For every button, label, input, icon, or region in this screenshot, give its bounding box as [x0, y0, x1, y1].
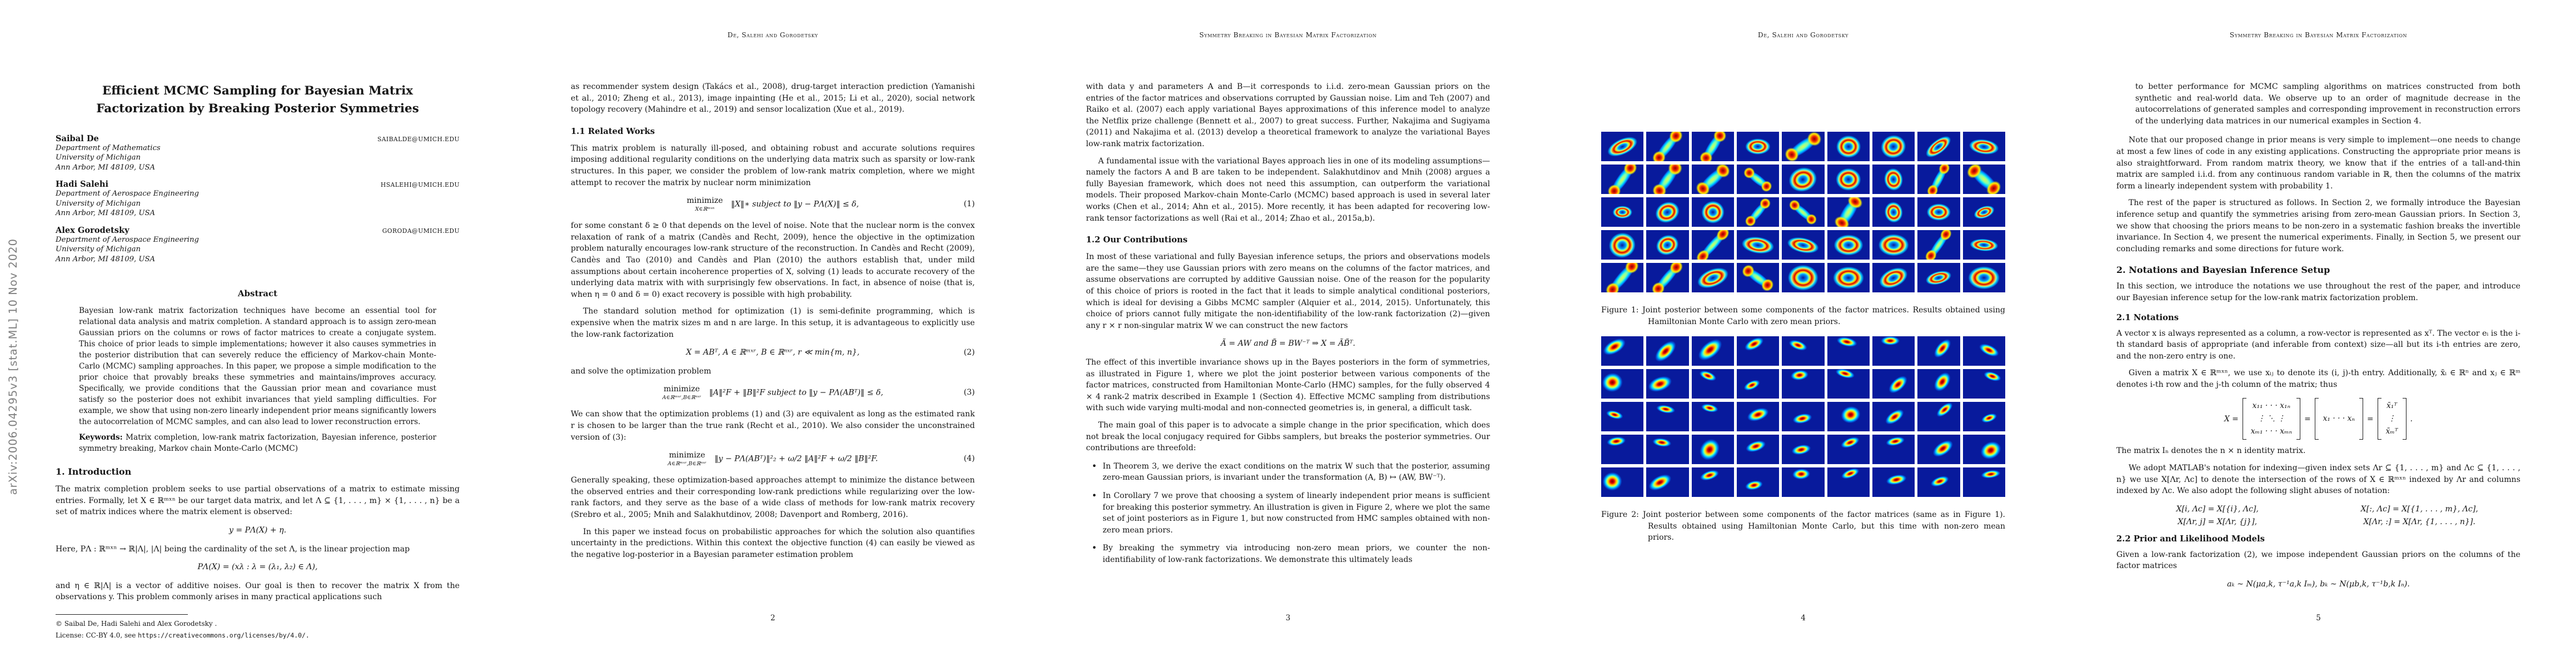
posterior-density-ring	[1922, 132, 1955, 161]
posterior-density-blob	[1601, 471, 1623, 492]
footnote-rule	[56, 614, 188, 615]
posterior-density-ring	[1785, 165, 1821, 194]
posterior-density-blob	[1744, 439, 1766, 454]
matrix-entries: x̄₁ᵀ ⋮ x̄ₘᵀ	[2381, 398, 2403, 440]
posterior-density-blob	[1981, 469, 2001, 479]
posterior-density-bar	[1834, 197, 1862, 227]
posterior-density-blob	[1931, 337, 1954, 361]
abstract-text: Bayesian low-rank matrix factorization t…	[79, 305, 436, 427]
heatmap-panel	[1692, 197, 1734, 227]
heatmap-panel	[1692, 369, 1734, 399]
heatmap-panel	[1737, 197, 1779, 227]
heatmap-panel	[1917, 263, 1960, 292]
keywords-text: Matrix completion, low-rank matrix facto…	[79, 433, 436, 453]
equation-body: ‖X‖∗ subject to ‖y − PΛ(X)‖ ≤ δ,	[731, 200, 859, 209]
author-affiliation: University of Michigan	[56, 153, 460, 163]
minimize-operator: minimizeX∈ℝᵐˣⁿ	[687, 196, 723, 213]
heatmap-panel	[1737, 165, 1779, 194]
posterior-density-blob	[1696, 435, 1723, 464]
paragraph: Note that our proposed change in prior m…	[2116, 135, 2520, 192]
right-bracket	[2296, 398, 2300, 440]
bullet-text: In Corollary 7 we prove that choosing a …	[1103, 490, 1490, 536]
operator-subscript: A∈ℝᵐˣʳ,B∈ℝⁿˣʳ	[667, 460, 706, 467]
posterior-density-ring	[1967, 266, 2001, 290]
bullet-item: • In Theorem 3, we derive the exact cond…	[1086, 461, 1490, 484]
heatmap-panel	[1646, 165, 1688, 194]
paragraph: The matrix Iₙ denotes the n × n identity…	[2116, 445, 2520, 457]
heatmap-panel	[1601, 435, 1643, 464]
posterior-density-ring	[1612, 205, 1633, 218]
paragraph: In this paper we instead focus on probab…	[571, 526, 975, 561]
figure-1-grid	[1601, 132, 2005, 292]
matrix-entries: x₁₁ · · · x₁ₙ ⋮ ⋱ ⋮ xₘ₁ · · · xₘₙ	[2246, 398, 2296, 440]
figure-2-caption: Figure 2: Joint posterior between some c…	[1601, 509, 2005, 544]
page-5: Symmetry Breaking in Bayesian Matrix Fac…	[2061, 0, 2576, 667]
equation: Ã = AW and B̃ = BW⁻ᵀ ⇒ X = ÃB̃ᵀ.	[1086, 339, 1490, 350]
posterior-density-blob	[1792, 468, 1811, 480]
heatmap-panel	[1646, 467, 1688, 497]
posterior-density-ring	[1745, 138, 1771, 155]
operator-subscript: A∈ℝᵐˣʳ,B∈ℝⁿˣʳ	[662, 394, 701, 401]
matrix-row: x₁ · · · xₙ	[2323, 412, 2355, 425]
equation-tag: (3)	[964, 387, 975, 399]
running-head: De, Salehi and Gorodetsky	[515, 31, 1030, 39]
author-affiliation: University of Michigan	[56, 199, 460, 209]
equation-1: minimizeX∈ℝᵐˣⁿ ‖X‖∗ subject to ‖y − PΛ(X…	[571, 196, 975, 213]
heatmap-panel	[1917, 132, 1960, 161]
heatmap-panel	[1827, 132, 1870, 161]
matrix-row: x̄₁ᵀ	[2386, 400, 2398, 412]
posterior-density-ring	[1740, 234, 1776, 256]
heatmap-panel	[1692, 336, 1734, 366]
matrix-equation: X = x₁₁ · · · x₁ₙ ⋮ ⋱ ⋮ xₘ₁ · · · xₘₙ = …	[2116, 398, 2520, 440]
posterior-density-blob	[1743, 378, 1762, 392]
paragraph: and η ∈ ℝ|Λ| is a vector of additive noi…	[56, 580, 460, 603]
heatmap-panel	[1782, 336, 1824, 366]
posterior-density-bar	[1606, 263, 1640, 292]
paragraph: Generally speaking, these optimization-b…	[571, 475, 975, 520]
running-head: Symmetry Breaking in Bayesian Matrix Fac…	[2061, 31, 2576, 39]
heatmap-panel	[1601, 132, 1643, 161]
posterior-density-blob	[1930, 474, 1950, 489]
equation-3: minimizeA∈ℝᵐˣʳ,B∈ℝⁿˣʳ ‖A‖²F + ‖B‖²F subj…	[571, 384, 975, 401]
equation-body: ‖y − PΛ(ABᵀ)‖²₂ + ω/2 ‖A‖²F + ω/2 ‖B‖²F.	[715, 455, 878, 464]
arxiv-watermark: arXiv:2006.04295v3 [stat.ML] 10 Nov 2020	[3, 133, 22, 600]
posterior-density-ring	[1836, 135, 1861, 158]
posterior-density-blob	[1883, 406, 1906, 427]
heatmap-panel	[1601, 402, 1643, 431]
heatmap-panel	[1963, 369, 2005, 399]
paragraph: We can show that the optimization proble…	[571, 409, 975, 443]
footer: © Saibal De, Hadi Salehi and Alex Gorode…	[56, 614, 460, 639]
paragraph: Given a low-rank factorization (2), we i…	[2116, 549, 2520, 572]
posterior-density-bar	[1699, 132, 1726, 161]
posterior-density-blob	[1885, 435, 1905, 447]
equation-body: X = ABᵀ, A ∈ ℝᵐˣʳ, B ∈ ℝⁿˣʳ, r ≪ min{m, …	[686, 348, 859, 357]
bullet-marker: •	[1086, 490, 1103, 536]
matrix-entries: x₁ · · · xₙ	[2319, 411, 2359, 427]
heatmap-panel	[1963, 336, 2005, 366]
posterior-density-blob	[1656, 404, 1676, 414]
author-email: SAIBALDE@UMICH.EDU	[377, 136, 460, 143]
matrix-row: x̄ₘᵀ	[2386, 425, 2398, 438]
figure-1-caption: Figure 1: Joint posterior between some c…	[1601, 305, 2005, 327]
equation-4: minimizeA∈ℝᵐˣʳ,B∈ℝⁿˣʳ ‖y − PΛ(ABᵀ)‖²₂ + …	[571, 450, 975, 467]
heatmap-panel	[1601, 467, 1643, 497]
arxiv-watermark-text: arXiv:2006.04295v3 [stat.ML] 10 Nov 2020	[7, 238, 19, 495]
posterior-density-blob	[1744, 479, 1763, 491]
posterior-density-blob	[1977, 341, 2001, 359]
posterior-density-ring	[1787, 264, 1818, 291]
heatmap-panel	[1646, 197, 1688, 227]
posterior-density-blob	[1601, 371, 1624, 394]
bullet-text: In Theorem 3, we derive the exact condit…	[1103, 461, 1490, 484]
posterior-density-ring	[1606, 230, 1640, 260]
posterior-density-bar	[1927, 165, 1951, 194]
heatmap-panel	[1963, 435, 2005, 464]
heatmap-panel	[1782, 230, 1824, 260]
paper-title: Efficient MCMC Sampling for Bayesian Mat…	[74, 82, 441, 118]
heatmap-panel	[1646, 132, 1688, 161]
posterior-density-blob	[1935, 402, 1955, 419]
keywords-label: Keywords:	[79, 433, 123, 442]
equals-sign: =	[2304, 415, 2311, 424]
matrix-lhs: X =	[2224, 415, 2239, 424]
posterior-density-bar	[1745, 198, 1771, 227]
posterior-density-ring	[1882, 166, 1905, 192]
heatmap-panel	[1827, 197, 1870, 227]
posterior-density-ring	[1835, 167, 1861, 191]
heatmap-panel	[1646, 263, 1688, 292]
bullet-marker: •	[1086, 461, 1103, 484]
author-affiliation: Ann Arbor, MI 48109, USA	[56, 255, 460, 265]
prior-equation: aₖ ∼ N(μa,k, τ⁻¹a,k Iₘ), bₖ ∼ N(μb,k, τ⁻…	[2116, 579, 2520, 590]
author-affiliation: Department of Aerospace Engineering	[56, 189, 460, 199]
posterior-density-blob	[1881, 337, 1900, 346]
page-2: De, Salehi and Gorodetsky as recommender…	[515, 0, 1030, 667]
period: .	[2410, 415, 2413, 424]
right-bracket	[2403, 398, 2406, 440]
page-number: 4	[1546, 614, 2061, 623]
heatmap-panel	[1827, 336, 1870, 366]
posterior-density-bar	[1742, 264, 1774, 291]
posterior-density-blob	[1885, 473, 1907, 486]
posterior-density-bar	[1607, 165, 1638, 194]
left-bracket	[2315, 398, 2319, 440]
heatmap-panel	[1737, 230, 1779, 260]
heatmap-panel	[1692, 263, 1734, 292]
page-number: 5	[2061, 614, 2576, 623]
heatmap-panel	[1646, 369, 1688, 399]
left-bracket	[2378, 398, 2381, 440]
heatmap-panel	[1827, 467, 1870, 497]
equation-2: X = ABᵀ, A ∈ ℝᵐˣʳ, B ∈ ℝⁿˣʳ, r ≪ min{m, …	[571, 347, 975, 359]
paragraph: The standard solution method for optimiz…	[571, 306, 975, 340]
posterior-density-ring	[1604, 132, 1641, 161]
posterior-density-ring	[1971, 202, 1996, 221]
posterior-density-blob	[1601, 336, 1628, 359]
posterior-density-ring	[1652, 231, 1682, 260]
posterior-density-blob	[1652, 437, 1671, 447]
posterior-density-ring	[1878, 132, 1910, 161]
section-heading-related-works: 1.1 Related Works	[571, 127, 975, 136]
heatmap-panel	[1827, 369, 1870, 399]
page-content: with data y and parameters A and B—it co…	[1086, 81, 1490, 566]
heatmap-panel	[1872, 230, 1915, 260]
heatmap-panel	[1872, 263, 1915, 292]
page-3: Symmetry Breaking in Bayesian Matrix Fac…	[1030, 0, 1546, 667]
notation-equation: X[Λr, j] = X[Λr, {j}],	[2116, 517, 2319, 526]
heatmap-panel	[1737, 402, 1779, 431]
paragraph: for some constant δ ≥ 0 that depends on …	[571, 220, 975, 300]
heatmap-panel	[1782, 197, 1824, 227]
heatmap-panel	[1872, 132, 1915, 161]
heatmap-panel	[1646, 435, 1688, 464]
posterior-density-blob	[1840, 435, 1861, 450]
page-4: De, Salehi and Gorodetsky Figure 1: Join…	[1546, 0, 2061, 667]
posterior-density-bar	[1966, 165, 2001, 194]
posterior-density-blob	[1836, 336, 1857, 348]
heatmap-panel	[1692, 467, 1734, 497]
section-heading-introduction: 1. Introduction	[56, 466, 460, 477]
heatmap-panel	[1872, 197, 1915, 227]
heatmap-panel	[1917, 230, 1960, 260]
author-affiliation: Ann Arbor, MI 48109, USA	[56, 208, 460, 218]
heatmap-panel	[1782, 165, 1824, 194]
heatmap-panel	[1601, 263, 1643, 292]
posterior-density-blob	[1646, 373, 1674, 395]
posterior-density-blob	[1790, 369, 1809, 381]
posterior-density-blob	[1840, 467, 1861, 481]
license-label: License: CC-BY 4.0, see	[56, 631, 138, 639]
minimize-operator: minimizeA∈ℝᵐˣʳ,B∈ℝⁿˣʳ	[662, 384, 701, 401]
posterior-density-blob	[1742, 336, 1765, 353]
paragraph: A fundamental issue with the variational…	[1086, 156, 1490, 225]
heatmap-panel	[1872, 435, 1915, 464]
minimize-operator: minimizeA∈ℝᵐˣʳ,B∈ℝⁿˣʳ	[667, 450, 706, 467]
equation: PΛ(X) = (xλ : λ = (λ₁, λ₂) ∈ Λ),	[56, 562, 460, 573]
heatmap-panel	[1872, 369, 1915, 399]
heatmap-panel	[1646, 336, 1688, 366]
posterior-density-blob	[1698, 369, 1717, 383]
paragraph: In this section, we introduce the notati…	[2116, 281, 2520, 303]
heatmap-panel	[1917, 336, 1960, 366]
bullet-text: By breaking the symmetry via introducing…	[1103, 542, 1490, 565]
posterior-density-blob	[1607, 435, 1626, 446]
notation-equation: X[:, Λc] = X[{1, . . . , m}, Λc],	[2319, 505, 2521, 514]
equation: y = PΛ(X) + η.	[56, 525, 460, 536]
paragraph: We adopt MATLAB's notation for indexing—…	[2116, 462, 2520, 497]
paragraph: The matrix completion problem seeks to u…	[56, 484, 460, 518]
bullet-continuation: to better performance for MCMC sampling …	[2135, 81, 2520, 127]
heatmap-panel	[1601, 369, 1643, 399]
heatmap-panel	[1827, 402, 1870, 431]
heatmap-panel	[1917, 165, 1960, 194]
author-affiliation: Department of Aerospace Engineering	[56, 235, 460, 245]
heatmap-panel	[1782, 467, 1824, 497]
heatmap-panel	[1782, 435, 1824, 464]
equation-tag: (1)	[964, 199, 975, 210]
paragraph: The rest of the paper is structured as f…	[2116, 197, 2520, 255]
posterior-density-ring	[1652, 197, 1684, 227]
heatmap-panel	[1782, 132, 1824, 161]
section-heading-notations: 2.1 Notations	[2116, 313, 2520, 322]
paragraph: In most of these variational and fully B…	[1086, 251, 1490, 331]
heatmap-panel	[1737, 369, 1779, 399]
heatmap-panel	[1737, 467, 1779, 497]
posterior-density-blob	[1886, 372, 1910, 396]
heatmap-panel	[1692, 402, 1734, 431]
heatmap-panel	[1601, 336, 1643, 366]
notation-equation: X[Λr, :] = X[Λr, {1, . . . , n}].	[2319, 517, 2521, 526]
paragraph: The main goal of this paper is to advoca…	[1086, 420, 1490, 454]
heatmap-panel	[1692, 435, 1734, 464]
equation-body: ‖A‖²F + ‖B‖²F subject to ‖y − PΛ(ABᵀ)‖ ≤…	[709, 389, 883, 397]
keywords-line: Keywords: Matrix completion, low-rank ma…	[79, 432, 436, 454]
notation-equations: X[i, Λc] = X[{i}, Λc], X[:, Λc] = X[{1, …	[2116, 505, 2520, 526]
heatmap-panel	[1782, 369, 1824, 399]
posterior-density-blob	[1699, 468, 1720, 482]
copyright-line: © Saibal De, Hadi Salehi and Alex Gorode…	[56, 620, 460, 628]
heatmap-panel	[1917, 197, 1960, 227]
posterior-density-ring	[1833, 234, 1864, 256]
posterior-density-blob	[1695, 336, 1726, 365]
heatmap-panel	[1963, 197, 2005, 227]
paragraph: The effect of this invertible invariance…	[1086, 357, 1490, 414]
posterior-density-blob	[1930, 437, 1956, 461]
heatmap-panel	[1782, 263, 1824, 292]
author-email: GORODA@UMICH.EDU	[382, 227, 460, 235]
paragraph: This matrix problem is naturally ill-pos…	[571, 143, 975, 188]
posterior-density-ring	[1786, 234, 1821, 256]
document-strip: arXiv:2006.04295v3 [stat.ML] 10 Nov 2020…	[0, 0, 2576, 667]
left-bracket	[2243, 398, 2246, 440]
license-line: License: CC-BY 4.0, see https://creative…	[56, 631, 460, 639]
section-heading-prior-likelihood: 2.2 Prior and Likelihood Models	[2116, 534, 2520, 544]
heatmap-panel	[1827, 165, 1870, 194]
heatmap-panel	[1737, 435, 1779, 464]
posterior-density-bar	[1789, 200, 1817, 225]
heatmap-panel	[1601, 165, 1643, 194]
page-1: arXiv:2006.04295v3 [stat.ML] 10 Nov 2020…	[0, 0, 515, 667]
abstract-heading: Abstract	[56, 288, 460, 298]
running-head: De, Salehi and Gorodetsky	[1546, 31, 2061, 39]
equation-tag: (4)	[964, 454, 975, 465]
matrix-row: xₘ₁ · · · xₘₙ	[2251, 425, 2292, 438]
heatmap-panel	[1963, 263, 2005, 292]
heatmap-panel	[1692, 230, 1734, 260]
posterior-density-blob	[1791, 443, 1812, 456]
heatmap-panel	[1737, 336, 1779, 366]
posterior-density-blob	[1983, 370, 2002, 383]
posterior-density-bar	[1925, 230, 1952, 260]
operator-subscript: X∈ℝᵐˣⁿ	[695, 206, 715, 213]
posterior-density-blob	[1651, 337, 1680, 365]
heatmap-panel	[1692, 165, 1734, 194]
author-entry: Saibal De SAIBALDE@UMICH.EDU Department …	[56, 134, 460, 173]
license-link[interactable]: https://creativecommons.org/licenses/by/…	[138, 631, 310, 639]
heatmap-panel	[1963, 402, 2005, 431]
author-block: Saibal De SAIBALDE@UMICH.EDU Department …	[56, 134, 460, 265]
figure-2-grid	[1601, 336, 2005, 497]
page-number: 2	[515, 614, 1030, 623]
posterior-density-bar	[1743, 167, 1772, 192]
matrix-row: x₁₁ · · · x₁ₙ	[2251, 400, 2292, 412]
posterior-density-blob	[1788, 338, 1808, 352]
posterior-density-ring	[1969, 237, 1999, 252]
paragraph: as recommender system design (Takács et …	[571, 81, 975, 116]
right-bracket	[2359, 398, 2363, 440]
posterior-density-blob	[1840, 404, 1863, 425]
author-entry: Alex Gorodetsky GORODA@UMICH.EDU Departm…	[56, 226, 460, 265]
posterior-density-bar	[1652, 132, 1683, 161]
heatmap-panel	[1872, 165, 1915, 194]
author-entry: Hadi Salehi HSALEHI@UMICH.EDU Department…	[56, 180, 460, 218]
posterior-density-blob	[1700, 402, 1718, 414]
posterior-density-ring	[1693, 263, 1732, 292]
heatmap-panel	[1782, 402, 1824, 431]
matrix-row: ⋮ ⋱ ⋮	[2251, 412, 2292, 425]
posterior-density-ring	[1924, 267, 1954, 287]
matrix-row: ⋮	[2386, 412, 2398, 425]
heatmap-panel	[1917, 435, 1960, 464]
bullet-item: • By breaking the symmetry via introduci…	[1086, 542, 1490, 565]
posterior-density-blob	[1792, 412, 1813, 425]
equals-sign: =	[2367, 415, 2374, 424]
posterior-density-bar	[1652, 263, 1683, 292]
heatmap-panel	[1692, 132, 1734, 161]
posterior-density-ring	[1875, 263, 1912, 292]
heatmap-panel	[1601, 197, 1643, 227]
posterior-density-bar	[1696, 230, 1730, 260]
posterior-density-blob	[1977, 437, 2004, 462]
posterior-density-ring	[1878, 233, 1909, 256]
heatmap-panel	[1737, 263, 1779, 292]
posterior-density-ring	[1883, 200, 1905, 225]
posterior-density-ring	[1926, 203, 1951, 221]
posterior-density-blob	[1746, 406, 1771, 424]
posterior-density-bar	[1652, 165, 1683, 194]
posterior-density-ring	[1967, 137, 2001, 156]
bullet-marker: •	[1086, 542, 1103, 565]
posterior-density-ring	[1699, 198, 1726, 226]
paragraph: Given a matrix X ∈ ℝᵐˣⁿ, we use xᵢⱼ to d…	[2116, 367, 2520, 390]
author-affiliation: Department of Mathematics	[56, 143, 460, 153]
equation-tag: (2)	[964, 347, 975, 359]
running-head: Symmetry Breaking in Bayesian Matrix Fac…	[1030, 31, 1546, 39]
posterior-density-ring	[1832, 266, 1865, 289]
posterior-density-blob	[1646, 471, 1673, 494]
posterior-density-bar	[1785, 132, 1822, 161]
paragraph: with data y and parameters A and B—it co…	[1086, 81, 1490, 150]
posterior-density-blob	[1606, 409, 1624, 421]
heatmap-panel	[1963, 230, 2005, 260]
heatmap-panel	[1963, 467, 2005, 497]
paragraph: Here, PΛ : ℝᵐˣⁿ → ℝ|Λ|, |Λ| being the ca…	[56, 544, 460, 555]
section-heading-contributions: 1.2 Our Contributions	[1086, 235, 1490, 245]
heatmap-panel	[1646, 402, 1688, 431]
heatmap-panel	[1872, 336, 1915, 366]
page-number: 3	[1030, 614, 1546, 623]
heatmap-panel	[1917, 402, 1960, 431]
heatmap-panel	[1827, 230, 1870, 260]
heatmap-panel	[1872, 467, 1915, 497]
posterior-density-bar	[1695, 165, 1730, 194]
heatmap-panel	[1917, 467, 1960, 497]
heatmap-panel	[1872, 402, 1915, 431]
author-affiliation: Ann Arbor, MI 48109, USA	[56, 163, 460, 173]
author-email: HSALEHI@UMICH.EDU	[381, 181, 460, 188]
